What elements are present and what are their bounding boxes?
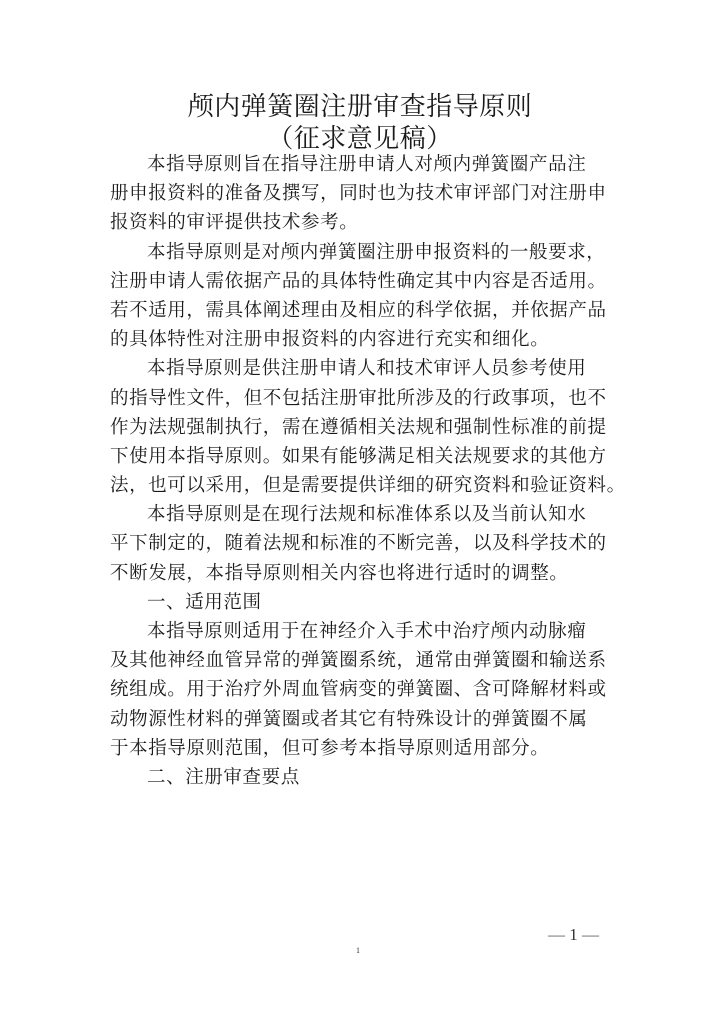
- text-line: 注册申请人需依据产品的具体特性确定其中内容是否适用。: [110, 267, 610, 296]
- text-line: 及其他神经血管异常的弹簧圈系统，通常由弹簧圈和输送系: [110, 646, 610, 675]
- text-line: 动物源性材料的弹簧圈或者其它有特殊设计的弹簧圈不属: [110, 705, 610, 734]
- dash-left: —: [548, 925, 565, 944]
- text-line: 本指导原则适用于在神经介入手术中治疗颅内动脉瘤: [110, 617, 610, 646]
- paragraph-general-requirements: 本指导原则是对颅内弹簧圈注册申报资料的一般要求， 注册申请人需依据产品的具体特性…: [110, 238, 610, 355]
- paragraph-updates: 本指导原则是在现行法规和标准体系以及当前认知水 平下制定的，随着法规和标准的不断…: [110, 500, 610, 588]
- text-line: 于本指导原则范围，但可参考本指导原则适用部分。: [110, 734, 610, 763]
- text-line: 法，也可以采用，但是需要提供详细的研究资料和验证资料。: [110, 471, 610, 500]
- small-page-index: 1: [356, 946, 360, 955]
- text-line: 平下制定的，随着法规和标准的不断完善，以及科学技术的: [110, 529, 610, 558]
- text-line: 本指导原则是供注册申请人和技术审评人员参考使用: [110, 354, 610, 383]
- text-line: 册申报资料的准备及撰写，同时也为技术审评部门对注册申: [110, 179, 610, 208]
- text-line: 本指导原则是在现行法规和标准体系以及当前认知水: [110, 500, 610, 529]
- page-number-value: 1: [569, 925, 578, 944]
- text-line: 作为法规强制执行，需在遵循相关法规和强制性标准的前提: [110, 413, 610, 442]
- text-line: 若不适用，需具体阐述理由及相应的科学依据，并依据产品: [110, 296, 610, 325]
- paragraph-purpose: 本指导原则旨在指导注册申请人对颅内弹簧圈产品注 册申报资料的准备及撰写，同时也为…: [110, 150, 610, 238]
- text-line: 下使用本指导原则。如果有能够满足相关法规要求的其他方: [110, 442, 610, 471]
- section-heading-review-points: 二、注册审查要点: [110, 763, 610, 792]
- section-heading-scope: 一、适用范围: [110, 588, 610, 617]
- dash-right: —: [582, 925, 599, 944]
- text-line: 本指导原则旨在指导注册申请人对颅内弹簧圈产品注: [110, 150, 610, 179]
- document-body: 本指导原则旨在指导注册申请人对颅内弹簧圈产品注 册申报资料的准备及撰写，同时也为…: [110, 150, 610, 792]
- text-line: 本指导原则是对颅内弹簧圈注册申报资料的一般要求，: [110, 238, 610, 267]
- text-line: 不断发展，本指导原则相关内容也将进行适时的调整。: [110, 559, 610, 588]
- page-number: — 1 —: [548, 925, 599, 945]
- document-page: 颅内弹簧圈注册审查指导原则 （征求意见稿） 本指导原则旨在指导注册申请人对颅内弹…: [0, 0, 720, 1018]
- paragraph-guidance-nature: 本指导原则是供注册申请人和技术审评人员参考使用 的指导性文件，但不包括注册审批所…: [110, 354, 610, 500]
- text-line: 的具体特性对注册申报资料的内容进行充实和细化。: [110, 325, 610, 354]
- paragraph-scope: 本指导原则适用于在神经介入手术中治疗颅内动脉瘤 及其他神经血管异常的弹簧圈系统，…: [110, 617, 610, 763]
- text-line: 的指导性文件，但不包括注册审批所涉及的行政事项，也不: [110, 384, 610, 413]
- text-line: 报资料的审评提供技术参考。: [110, 208, 610, 237]
- text-line: 统组成。用于治疗外周血管病变的弹簧圈、含可降解材料或: [110, 675, 610, 704]
